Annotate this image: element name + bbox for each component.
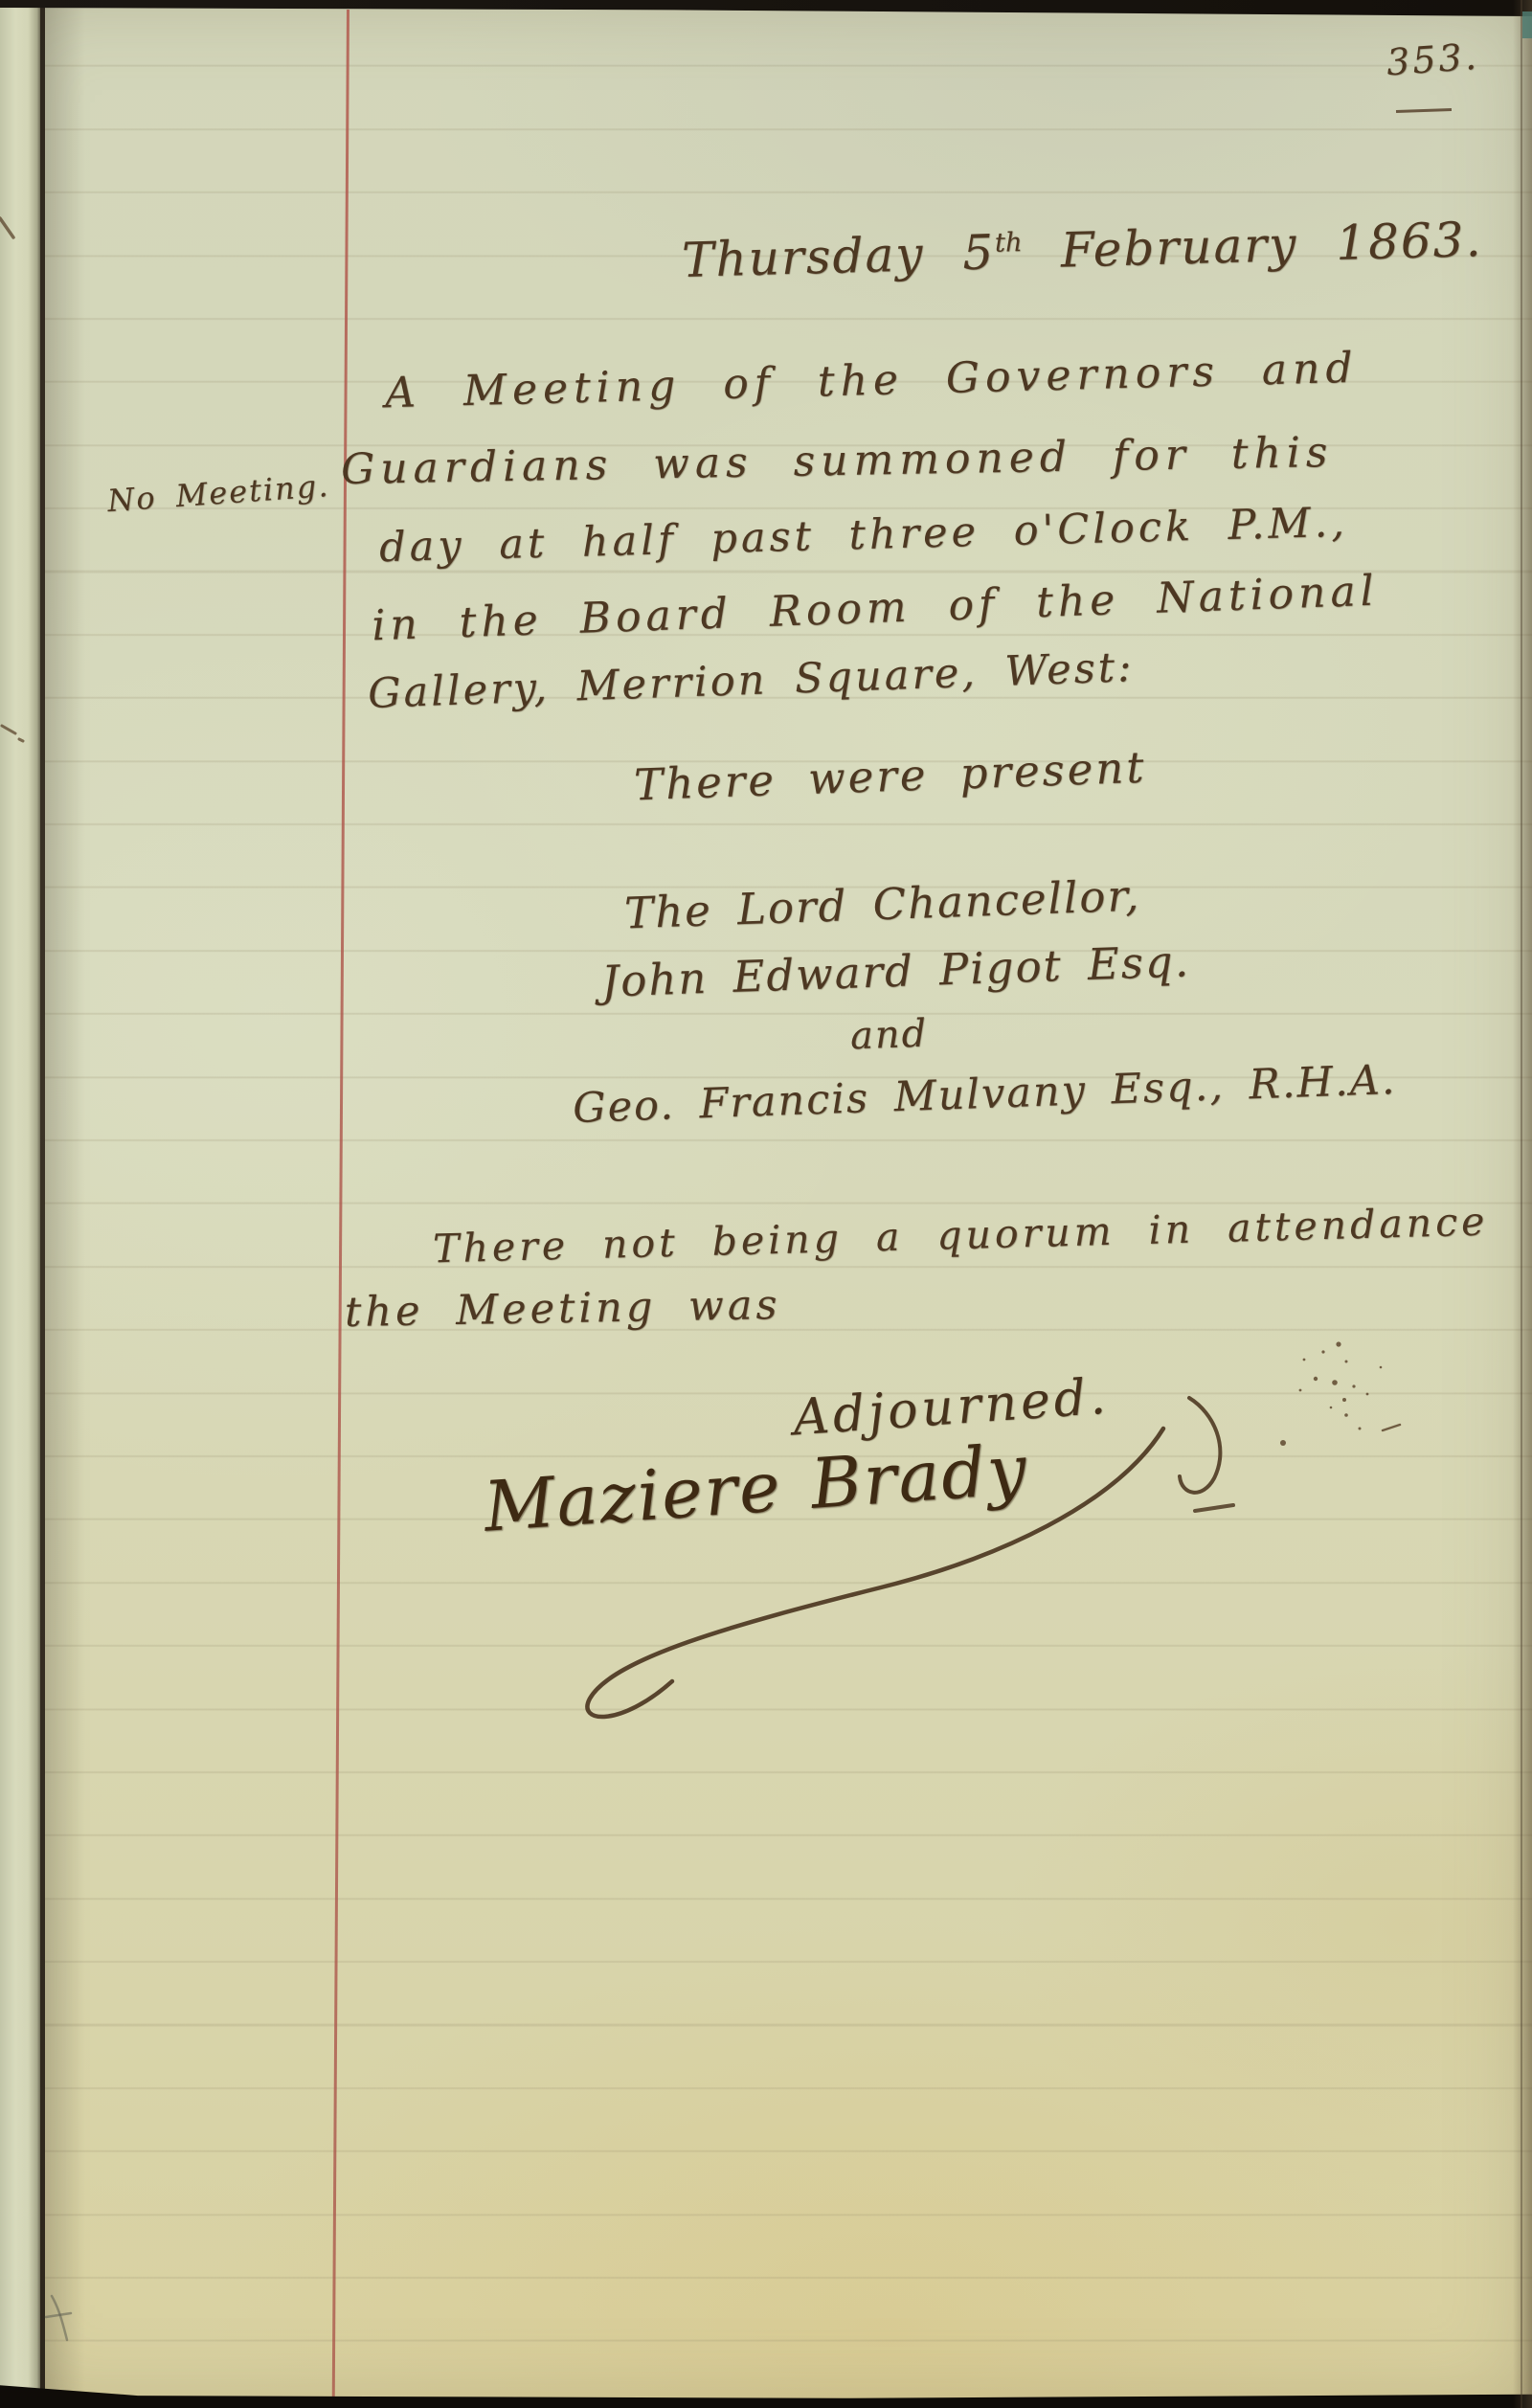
heading-month-year: February 1863. xyxy=(1060,212,1483,279)
page-right-edge-line xyxy=(1521,0,1522,2408)
heading-date-ordinal: th xyxy=(994,227,1023,259)
page-right-edge-shadow xyxy=(1513,0,1532,2408)
gutter-soft-shadow xyxy=(45,0,85,2408)
scan-corner-sliver xyxy=(1522,11,1532,38)
previous-page-edge xyxy=(0,0,40,2408)
heading-date-number: 5 xyxy=(962,224,996,281)
page-number: 353. xyxy=(1386,35,1480,84)
manuscript-page: 353. Thursday 5th February 1863. No Meet… xyxy=(0,0,1532,2408)
quorum-line-2: the Meeting was xyxy=(345,1281,781,1337)
attendee-conjunction: and xyxy=(849,1012,929,1059)
heading-day: Thursday xyxy=(681,226,925,288)
